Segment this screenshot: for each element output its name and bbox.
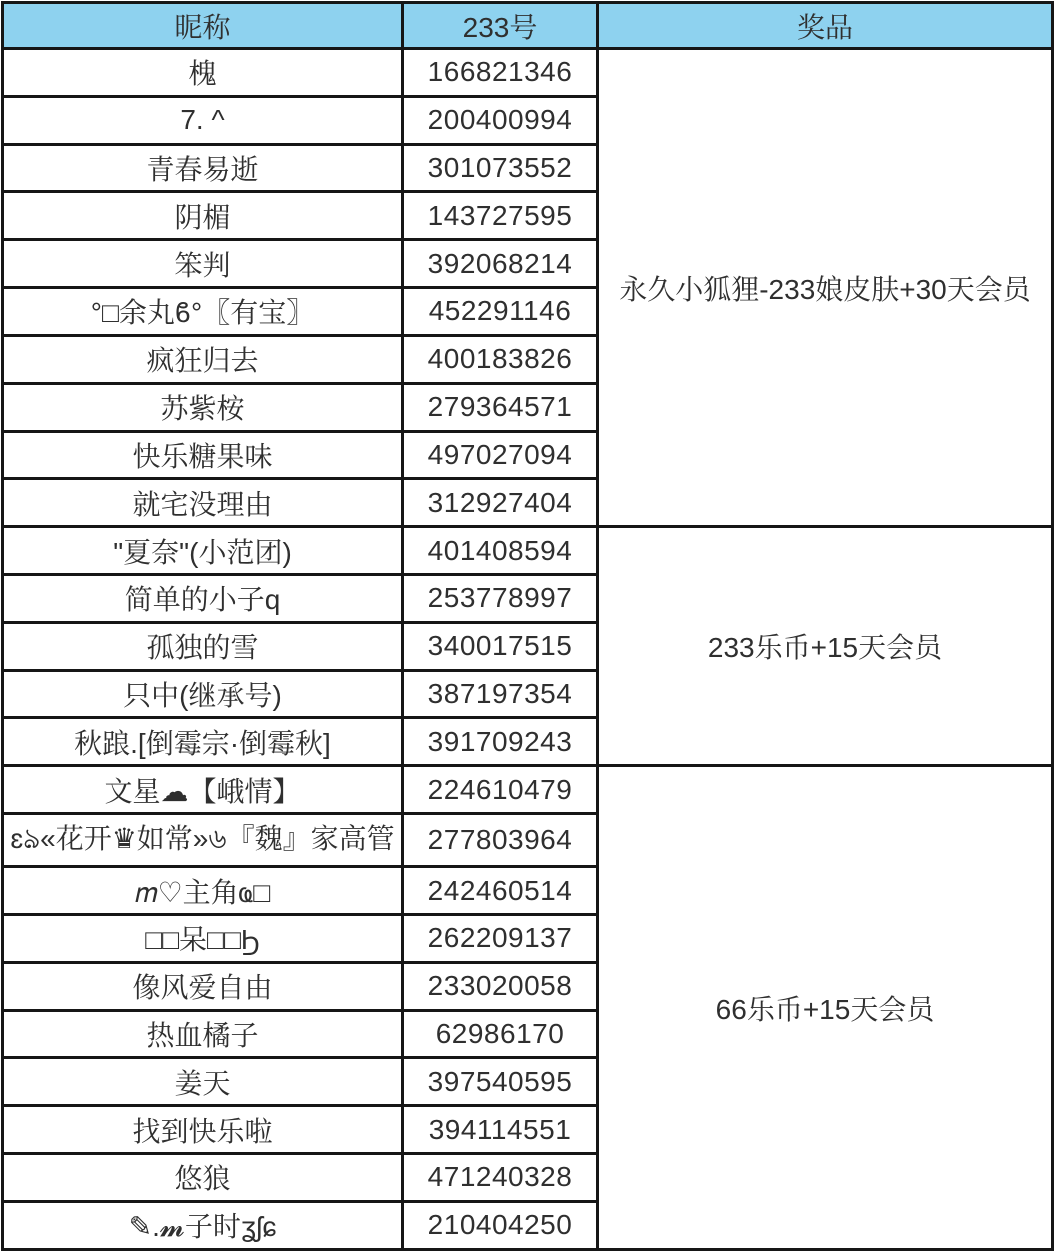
nickname-cell: 悠狼 (3, 1154, 403, 1202)
nickname-cell: 孤独的雪 (3, 622, 403, 670)
winners-table: 昵称 233号 奖品 槐166821346永久小狐狸-233娘皮肤+30天会员7… (1, 1, 1054, 1251)
nickname-cell: °□余丸ϐ°〖有宝〗 (3, 288, 403, 336)
nickname-cell: □□呆□□Ϧ (3, 914, 403, 962)
number-cell: 397540595 (403, 1058, 598, 1106)
nickname-cell: 笨判 (3, 240, 403, 288)
nickname-cell: 热血橘子 (3, 1010, 403, 1058)
nickname-cell: 只中(继承号) (3, 670, 403, 718)
nickname-cell: 槐 (3, 49, 403, 97)
prize-cell: 233乐币+15天会员 (598, 527, 1053, 766)
number-cell: 166821346 (403, 49, 598, 97)
nickname-cell: 𝑚♡主角ҩ□ (3, 867, 403, 915)
nickname-cell: ɛঌ«花开♛如常»৬『魏』家高管 (3, 814, 403, 867)
number-cell: 391709243 (403, 718, 598, 766)
number-cell: 452291146 (403, 288, 598, 336)
nickname-cell: 阴楣 (3, 192, 403, 240)
table-row: 文星☁【峨情】22461047966乐币+15天会员 (3, 766, 1053, 814)
number-cell: 401408594 (403, 527, 598, 575)
number-cell: 400183826 (403, 335, 598, 383)
page: 昵称 233号 奖品 槐166821346永久小狐狸-233娘皮肤+30天会员7… (0, 0, 1056, 1256)
number-cell: 392068214 (403, 240, 598, 288)
prize-cell: 66乐币+15天会员 (598, 766, 1053, 1250)
number-cell: 62986170 (403, 1010, 598, 1058)
number-cell: 497027094 (403, 431, 598, 479)
nickname-cell: 像风爱自由 (3, 962, 403, 1010)
nickname-cell: 姜天 (3, 1058, 403, 1106)
nickname-cell: 7. ^ (3, 96, 403, 144)
prize-cell: 永久小狐狸-233娘皮肤+30天会员 (598, 49, 1053, 527)
number-cell: 394114551 (403, 1106, 598, 1154)
nickname-cell: 就宅没理由 (3, 479, 403, 527)
number-cell: 242460514 (403, 867, 598, 915)
number-cell: 471240328 (403, 1154, 598, 1202)
number-cell: 279364571 (403, 383, 598, 431)
nickname-cell: 简单的小子q (3, 574, 403, 622)
col-header-nickname: 昵称 (3, 3, 403, 49)
nickname-cell: 快乐糖果味 (3, 431, 403, 479)
nickname-cell: 疯狂归去 (3, 335, 403, 383)
number-cell: 277803964 (403, 814, 598, 867)
nickname-cell: "夏奈"(小范团) (3, 527, 403, 575)
nickname-cell: 找到快乐啦 (3, 1106, 403, 1154)
col-header-prize: 奖品 (598, 3, 1053, 49)
number-cell: 233020058 (403, 962, 598, 1010)
col-header-number: 233号 (403, 3, 598, 49)
nickname-cell: ✎.𝓶子时ʓʃɕ (3, 1201, 403, 1249)
number-cell: 387197354 (403, 670, 598, 718)
nickname-cell: 苏紫桉 (3, 383, 403, 431)
table-row: 槐166821346永久小狐狸-233娘皮肤+30天会员 (3, 49, 1053, 97)
header-row: 昵称 233号 奖品 (3, 3, 1053, 49)
table-body: 槐166821346永久小狐狸-233娘皮肤+30天会员7. ^20040099… (3, 49, 1053, 1250)
nickname-cell: 青春易逝 (3, 144, 403, 192)
number-cell: 253778997 (403, 574, 598, 622)
number-cell: 301073552 (403, 144, 598, 192)
number-cell: 262209137 (403, 914, 598, 962)
number-cell: 200400994 (403, 96, 598, 144)
number-cell: 224610479 (403, 766, 598, 814)
number-cell: 312927404 (403, 479, 598, 527)
table-row: "夏奈"(小范团)401408594233乐币+15天会员 (3, 527, 1053, 575)
nickname-cell: 秋踉.[倒霉宗·倒霉秋] (3, 718, 403, 766)
nickname-cell: 文星☁【峨情】 (3, 766, 403, 814)
number-cell: 143727595 (403, 192, 598, 240)
number-cell: 210404250 (403, 1201, 598, 1249)
number-cell: 340017515 (403, 622, 598, 670)
